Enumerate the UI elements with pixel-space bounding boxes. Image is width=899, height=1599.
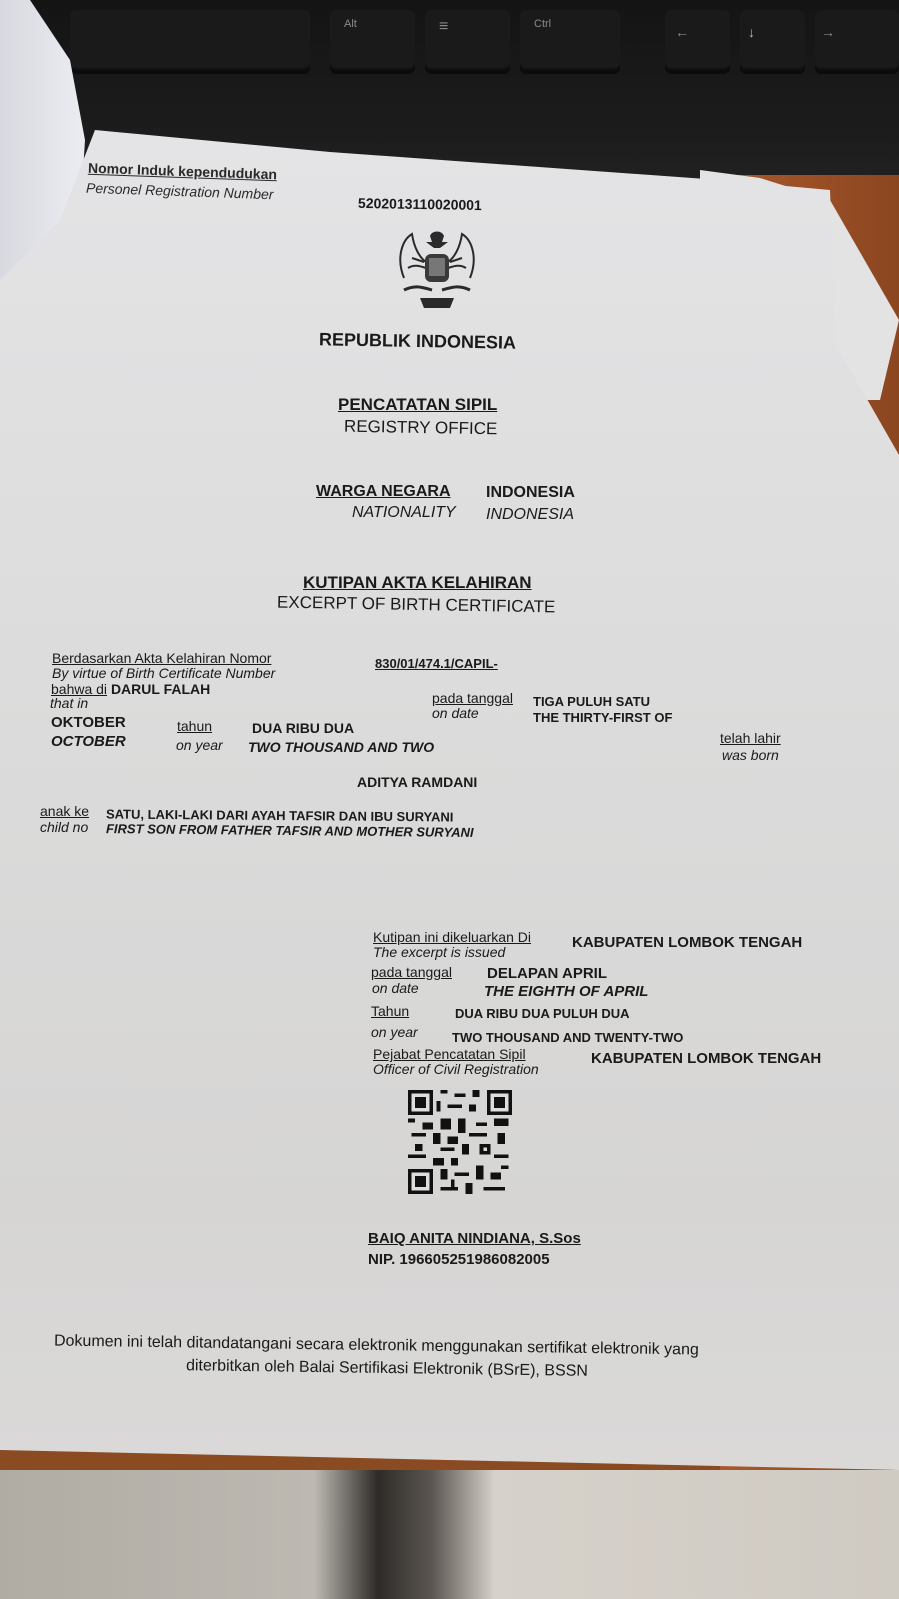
issue-date-label-en: on date [372, 980, 419, 996]
arrow-left-icon: ← [675, 24, 689, 40]
issue-year-en: TWO THOUSAND AND TWENTY-TWO [452, 1030, 683, 1045]
birth-year-id: DUA RIBU DUA [252, 720, 354, 736]
birth-day-id: TIGA PULUH SATU [533, 694, 650, 709]
key-blank [70, 10, 310, 70]
child-no-label-en: child no [40, 819, 88, 835]
issued-label-en: The excerpt is issued [373, 944, 505, 960]
birth-month-id: OKTOBER [51, 714, 126, 731]
menu-icon: ≡ [439, 18, 448, 36]
nik-value: 5202013110020001 [358, 195, 482, 213]
birth-date-label-en: on date [432, 705, 479, 721]
arrow-down-icon: ↓ [748, 24, 755, 40]
officer-name: BAIQ ANITA NINDIANA, S.Sos [368, 1230, 581, 1247]
country-title: REPUBLIK INDONESIA [319, 329, 516, 353]
document-title-id: KUTIPAN AKTA KELAHIRAN [303, 573, 532, 593]
place-label-en: that in [50, 695, 88, 711]
key-label: Alt [344, 18, 357, 30]
issue-date-label-id: pada tanggal [371, 964, 452, 980]
officer-label-en: Officer of Civil Registration [373, 1061, 539, 1077]
issue-date-id: DELAPAN APRIL [487, 965, 607, 982]
qr-code-icon [408, 1087, 512, 1197]
child-name: ADITYA RAMDANI [357, 774, 477, 790]
nationality-value-id: INDONESIA [486, 484, 575, 502]
cert-label-id: Berdasarkan Akta Kelahiran Nomor [52, 650, 271, 666]
cert-number: 830/01/474.1/CAPIL- [375, 656, 498, 671]
born-label-id: telah lahir [720, 730, 781, 746]
key-ctrl: Ctrl [520, 10, 620, 70]
birth-month-en: OCTOBER [51, 733, 126, 750]
garuda-emblem-icon [392, 228, 482, 310]
issue-date-en: THE EIGHTH OF APRIL [484, 983, 648, 1000]
key-left: ← [665, 10, 730, 70]
birth-day-en: THE THIRTY-FIRST OF [533, 710, 672, 725]
key-down: ↓ [740, 10, 805, 70]
officer-office: KABUPATEN LOMBOK TENGAH [591, 1050, 821, 1067]
officer-nip: NIP. 196605251986082005 [368, 1251, 550, 1268]
office-title-id: PENCATATAN SIPIL [338, 395, 497, 415]
officer-label-id: Pejabat Pencatatan Sipil [373, 1046, 526, 1062]
child-no-label-id: anak ke [40, 803, 89, 819]
birth-year-label-id: tahun [177, 718, 212, 734]
birth-year-en: TWO THOUSAND AND TWO [248, 739, 434, 755]
place-value: DARUL FALAH [111, 681, 210, 697]
issued-label-id: Kutipan ini dikeluarkan Di [373, 929, 531, 945]
nationality-label-en: NATIONALITY [352, 504, 456, 522]
birth-date-label-id: pada tanggal [432, 690, 513, 706]
nationality-label-id: WARGA NEGARA [316, 483, 451, 501]
born-label-en: was born [722, 747, 779, 763]
key-label: Ctrl [534, 18, 551, 30]
issue-year-label-id: Tahun [371, 1003, 409, 1019]
issue-year-id: DUA RIBU DUA PULUH DUA [455, 1006, 630, 1021]
issue-year-label-en: on year [371, 1024, 418, 1040]
office-title-en: REGISTRY OFFICE [344, 417, 498, 440]
key-menu: ≡ [425, 10, 510, 70]
key-right: → [815, 10, 899, 70]
key-alt: Alt [330, 10, 415, 70]
issued-place: KABUPATEN LOMBOK TENGAH [572, 934, 802, 951]
background-cloth [0, 1470, 899, 1599]
arrow-right-icon: → [821, 24, 835, 40]
birth-year-label-en: on year [176, 737, 223, 753]
cert-label-en: By virtue of Birth Certificate Number [52, 665, 275, 681]
nationality-value-en: INDONESIA [486, 506, 574, 524]
